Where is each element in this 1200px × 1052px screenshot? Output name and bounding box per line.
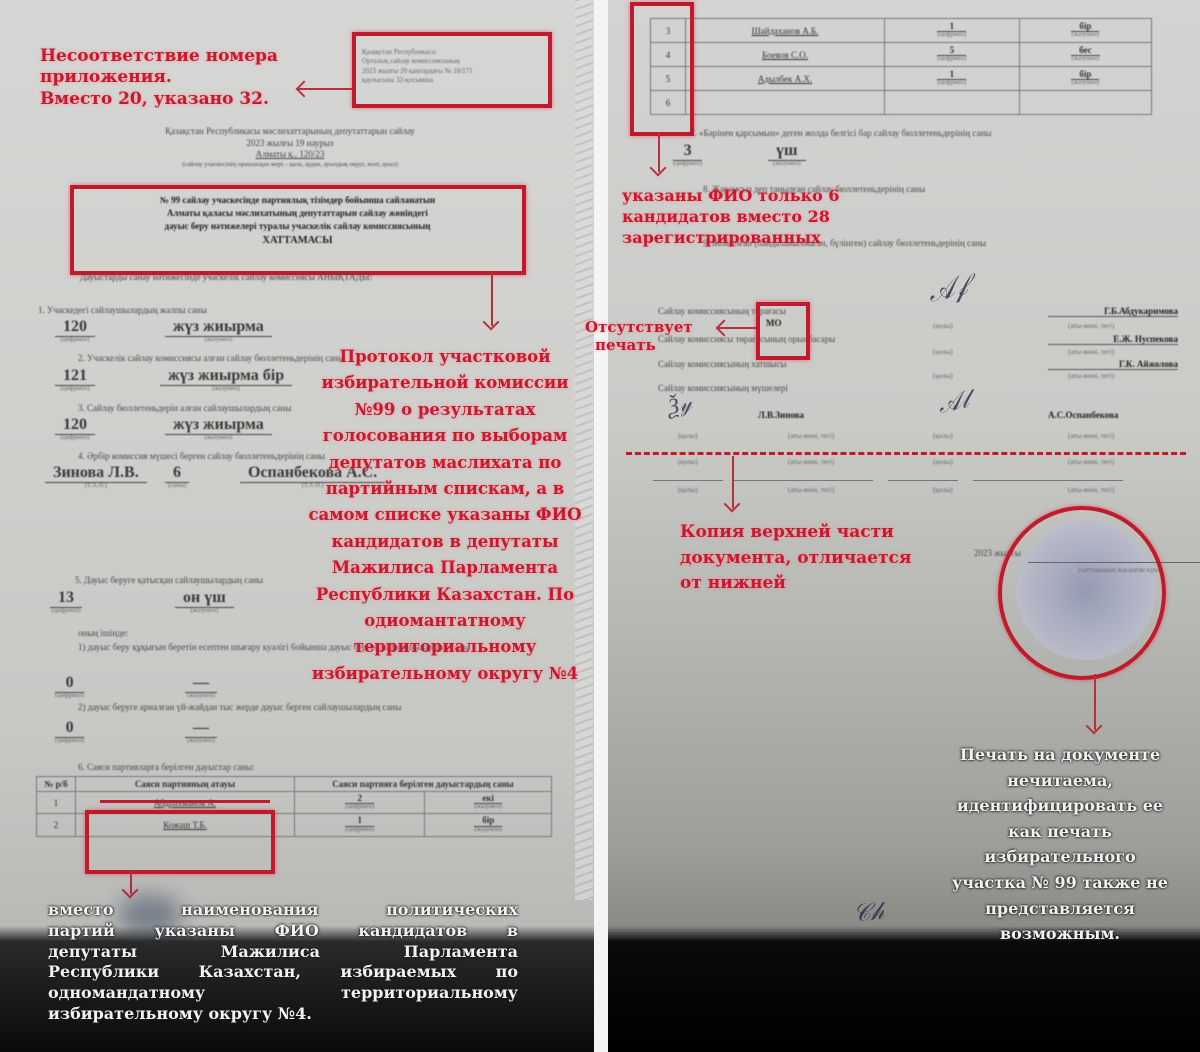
left-document-photo: Қазақстан Республикасы Орталық сайлау ко…: [0, 0, 594, 1052]
signature-line: [653, 480, 723, 481]
right-document-photo: 3 Шайдаханов А.Б. 1(цифрмен) бір(жазумен…: [608, 0, 1200, 1052]
secretary-label: Сайлау комиссиясының хатшысы: [658, 359, 786, 369]
caption: (қолы): [678, 432, 698, 440]
subitem-2-words: —(жазумен): [185, 720, 217, 747]
item-1-words: жүз жиырма(жазумен): [165, 319, 272, 346]
table-row: 3 Шайдаханов А.Б. 1(цифрмен) бір(жазумен…: [651, 19, 1152, 43]
member1-name: Л.В.Зинова: [758, 410, 804, 420]
copy-differs-note: Копия верхней части документа, отличаетс…: [680, 520, 911, 597]
table-caption: 6. Саяси партияларға берілген дауыстар с…: [78, 762, 255, 772]
caption: (аты-жөні, тегі): [1068, 432, 1114, 440]
subitem-2-digits: 0(цифрмен): [55, 720, 84, 747]
item-7-label: 7. «Бәрінен қарсымын» деген жолда белгіс…: [690, 128, 991, 138]
item-5-words: он үш(жазумен): [175, 590, 234, 617]
item-2-words: жүз жиырма бір(жазумен): [160, 368, 292, 395]
protocol-mismatch-note: Протокол участковой избирательной комисс…: [300, 344, 590, 687]
item-2-digits: 121(цифрмен): [55, 368, 95, 395]
caption: (қолы): [933, 458, 953, 466]
party-names-note: вместо наименования политических партий …: [48, 900, 518, 1025]
table-header: Саяси партияға берілген дауыстардың саны: [295, 777, 552, 792]
caption: (қолы): [678, 486, 698, 494]
election-title: Қазақстан Республикасы мәслихаттарының д…: [100, 126, 480, 170]
caption: (аты-жөні, тегі): [788, 486, 834, 494]
commission-line: Дауыстарды санау нәтижесінде учаскелік с…: [80, 272, 500, 282]
item-4-member1: Зинова Л.В.(Т.А.Ә.): [45, 465, 147, 492]
candidates-table-continued: 3 Шайдаханов А.Б. 1(цифрмен) бір(жазумен…: [650, 18, 1152, 115]
arrow-left-icon: [718, 327, 756, 329]
missing-stamp-note: Отсутствует печать: [585, 318, 693, 354]
annex-highlight-box: [352, 32, 552, 108]
caption: (қолы): [933, 372, 953, 380]
chair-signature: 𝒜𝒻: [925, 268, 970, 309]
item-3-words: жүз жиырма(жазумен): [165, 417, 272, 444]
item-7-digits: 3(цифрмен): [673, 143, 702, 170]
bottom-signature: 𝒞𝒽: [852, 896, 886, 927]
caption: (қолы): [933, 348, 953, 356]
item-5-label: 5. Дауыс беруге қатысқан сайлаушылардың …: [75, 575, 263, 585]
protocol-title-highlight-box: [70, 185, 526, 275]
table-row: 6: [651, 91, 1152, 115]
caption: (аты-жөні, тегі): [788, 458, 834, 466]
item-1-digits: 120(цифрмен): [55, 319, 95, 346]
caption: (қолы): [933, 486, 953, 494]
caption: (аты-жөні, тегі): [1068, 348, 1114, 356]
row-numbers-highlight-box: [630, 2, 694, 136]
item-7-words: үш(жазумен): [768, 143, 806, 170]
member2-signature: 𝒜𝓁: [935, 385, 971, 419]
only-six-candidates-note: указаны ФИО только 6 кандидатов вместо 2…: [622, 186, 840, 248]
table-row: 4 Боевов С.О. 5(цифрмен) бес(жазумен): [651, 43, 1152, 67]
caption: (аты-жөні, тегі): [1068, 372, 1114, 380]
underline-highlight: [100, 800, 270, 803]
caption: (аты-жөні, тегі): [1068, 458, 1114, 466]
item-4-label: 4. Әрбір комиссия мүшесі берген сайлау б…: [78, 451, 325, 461]
subitem-1-words: —(жазумен): [185, 675, 217, 702]
caption: (аты-жөні, тегі): [1068, 322, 1114, 330]
table-header: № р/б: [37, 777, 76, 792]
arrow-down-icon: [1094, 674, 1096, 730]
caption: (қолы): [678, 458, 698, 466]
item-3-label: 3. Сайлау бюллетеньдерін алған сайлаушыл…: [78, 403, 291, 413]
chair-name: Г.Б.Абдукаримова: [1048, 306, 1178, 317]
caption: (аты-жөні, тегі): [788, 432, 834, 440]
annex-mismatch-note: Несоответствие номера приложения. Вместо…: [40, 46, 278, 110]
panel-divider: [594, 0, 608, 1052]
stamp-unreadable-note: Печать на документе нечитаема, идентифиц…: [930, 742, 1190, 947]
subitems-intro: оның ішінде:: [78, 628, 128, 638]
table-header: Саяси партияның атауы: [76, 777, 295, 792]
arrow-down-icon: [658, 132, 660, 172]
signature-line: [888, 480, 958, 481]
signature-line: [973, 480, 1123, 481]
member2-name: А.С.Оспанбекова: [1048, 410, 1118, 420]
table-row: 5 Адылбек А.Х. 1(цифрмен) бір(жазумен): [651, 67, 1152, 91]
caption: (қолы): [933, 432, 953, 440]
copy-boundary-dashed-line: [626, 452, 1186, 455]
missing-stamp-highlight-box: [756, 302, 810, 360]
item-1-label: 1. Учаскедегі сайлаушылардың жалпы саны: [38, 305, 207, 315]
deputy-name: Е.Ж. Нуспекова: [1048, 334, 1178, 345]
item-5-digits: 13(цифрмен): [50, 590, 82, 617]
arrow-left-icon: [298, 88, 352, 90]
stamp-highlight-circle: [998, 506, 1166, 680]
secretary-name: Г.К. Айжолова: [1048, 359, 1178, 370]
caption: (қолы): [933, 322, 953, 330]
subitem-2-label: 2) дауыс беруге арналған үй-жайдан тыс ж…: [78, 702, 578, 712]
arrow-down-icon: [130, 870, 132, 894]
party-names-highlight-box: [85, 810, 275, 874]
member1-signature: Ѯ𝓎: [666, 390, 695, 420]
signature-line: [733, 480, 873, 481]
table-header-row: № р/б Саяси партияның атауы Саяси партия…: [37, 777, 552, 792]
item-3-digits: 120(цифрмен): [55, 417, 95, 444]
arrow-down-icon: [732, 456, 734, 508]
caption: (аты-жөні, тегі): [1068, 486, 1114, 494]
subitem-1-digits: 0(цифрмен): [55, 675, 84, 702]
item-4-count: 6(саны): [165, 465, 189, 492]
